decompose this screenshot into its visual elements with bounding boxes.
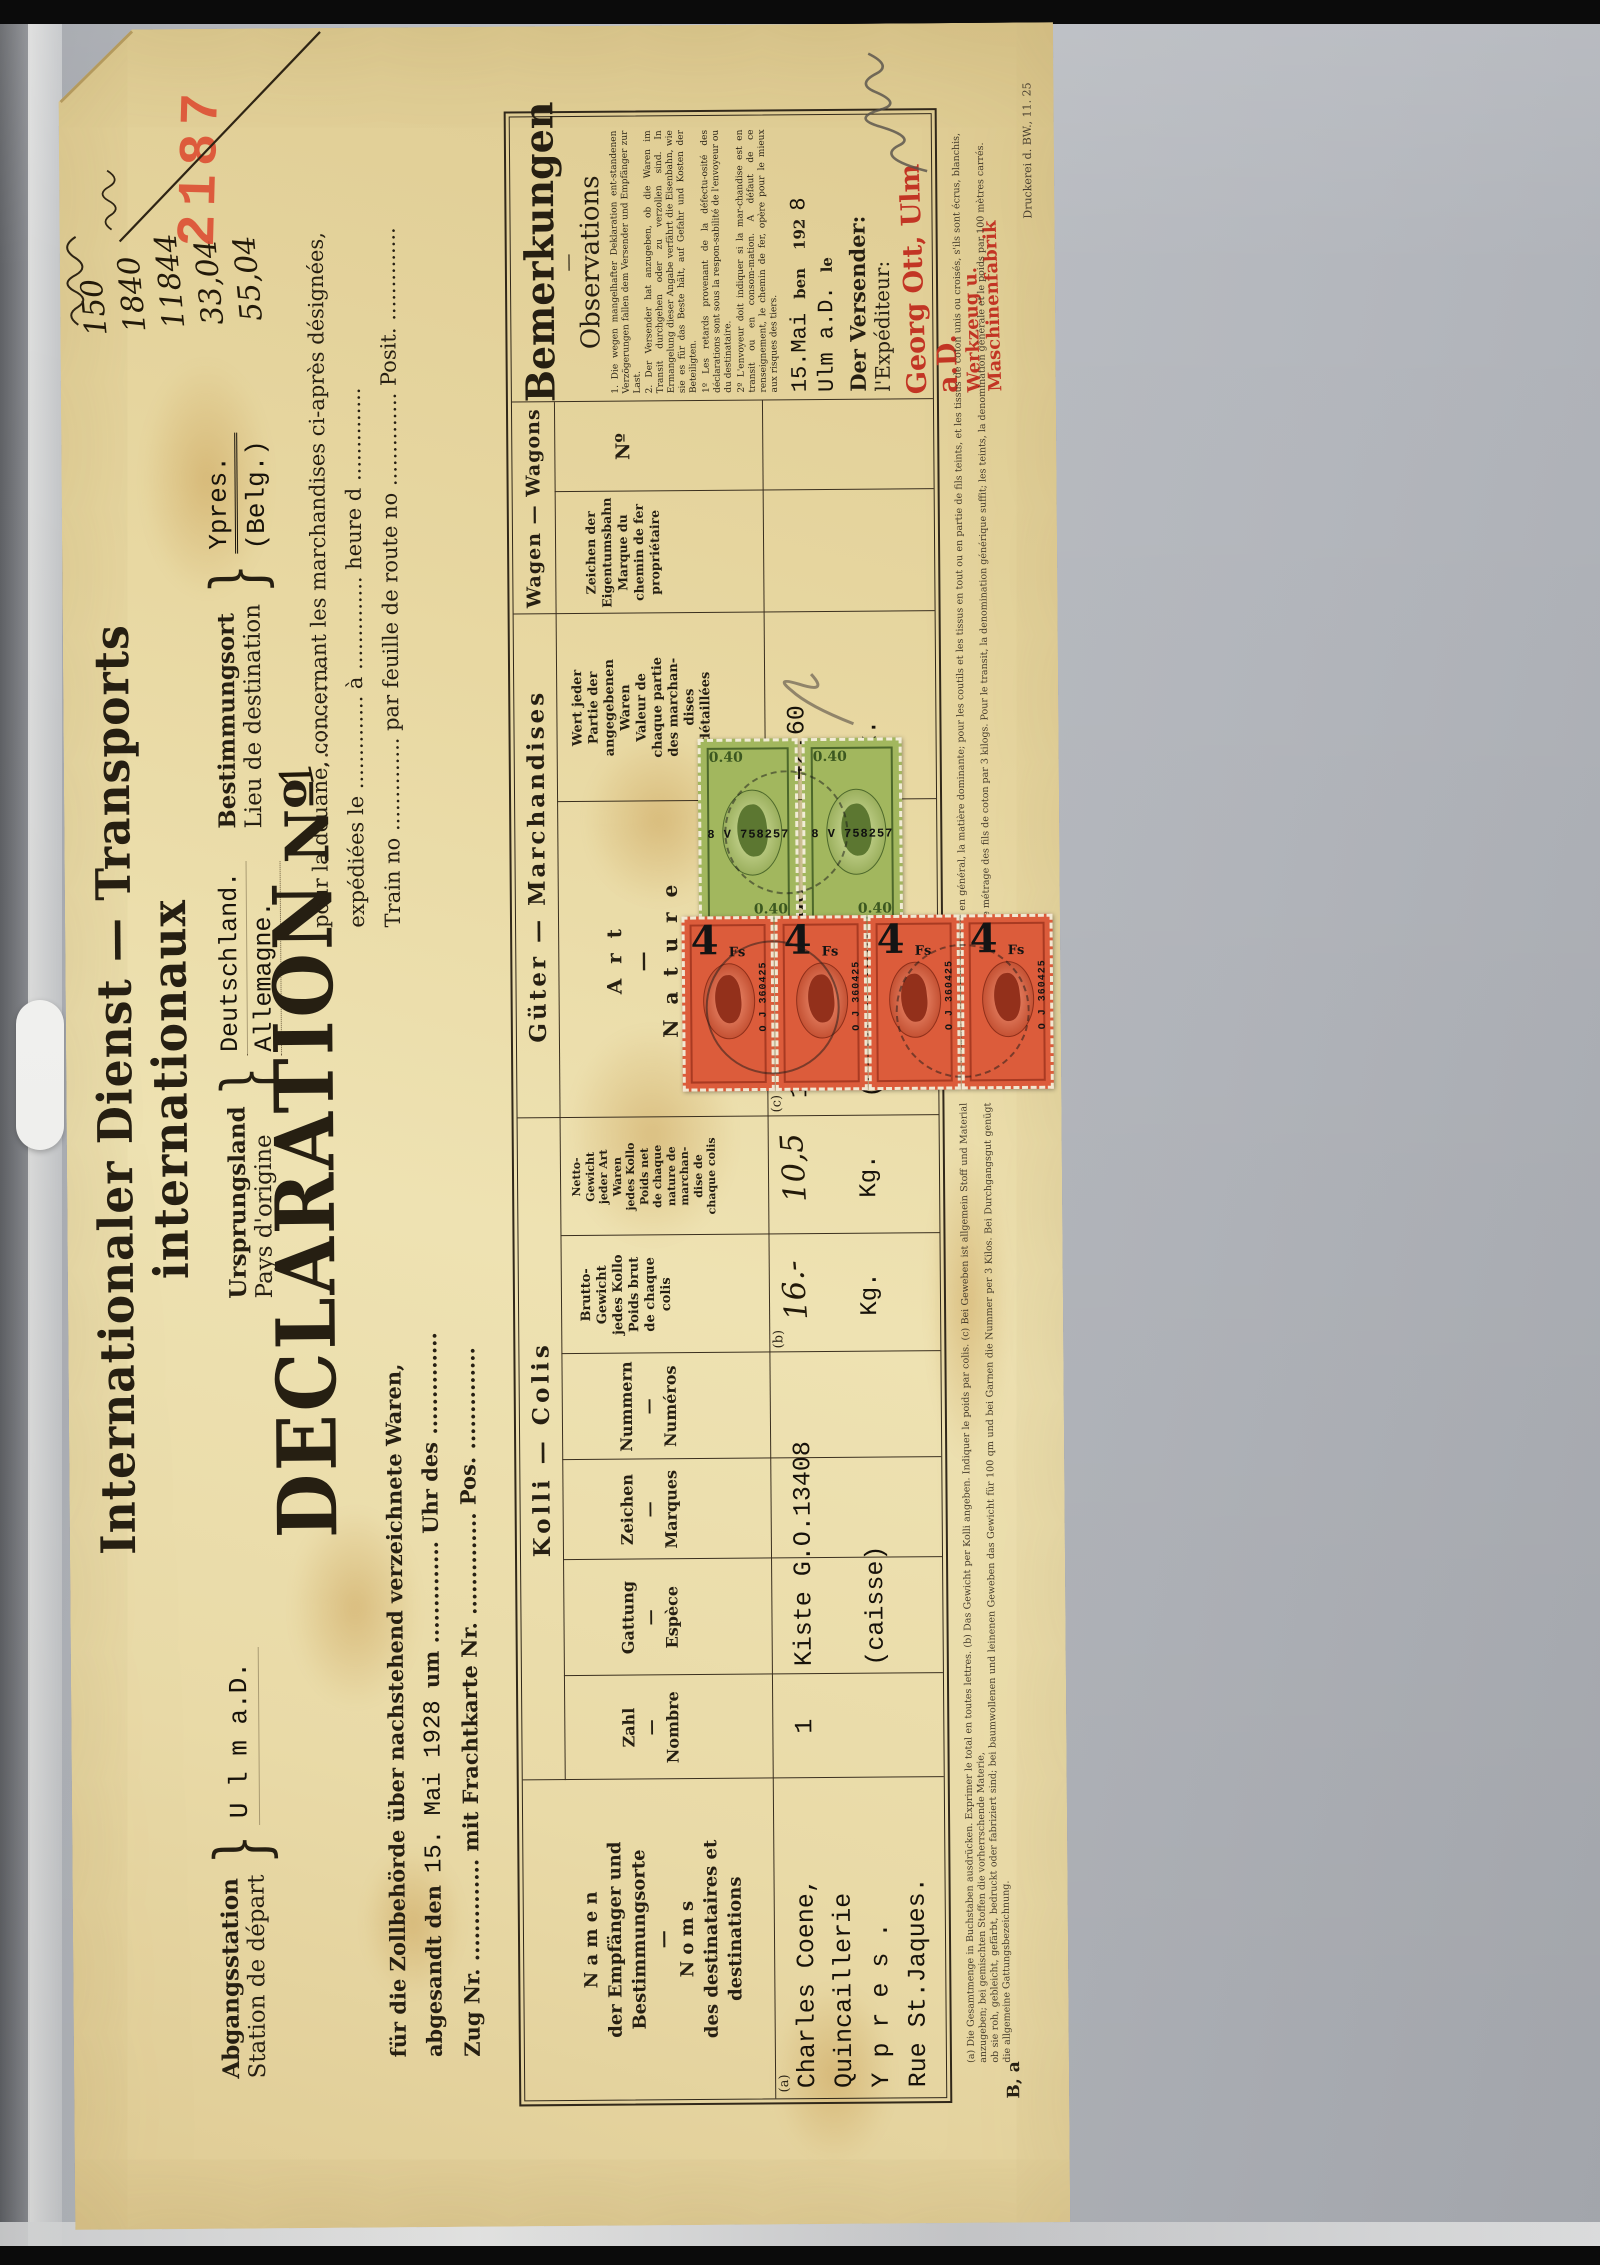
footnotes-left: (a) Die Gesamtmenge in Buchstaben ausdrü… (958, 1103, 1014, 2063)
column-header-namen: N a m e n der Empfänger und Bestimmungso… (579, 1779, 750, 2100)
stamp-overprint-currency: Fs (821, 945, 838, 960)
stamp-serial-overprint: O J 360425 (1037, 960, 1049, 1030)
postmark-circle (895, 943, 1030, 1078)
destination-label-de: Bestimmungsort (212, 604, 241, 829)
destination-value: Ypres. (203, 432, 238, 553)
postmark-circle (705, 940, 840, 1075)
destination-value-country: (Belg.) (237, 432, 272, 553)
net-weight-handwritten: 10,5 (774, 1132, 814, 1203)
column-header-no: Nº (612, 401, 635, 491)
package-kind-entry-fr: (caisse) (861, 1545, 891, 1665)
year-handtyped: 8 (786, 197, 811, 210)
consignee-entry: Charles Coene, Quincaillerie Y p r e s .… (788, 1877, 938, 2088)
net-weight-unit: Kg. (856, 1154, 883, 1197)
column-header-gattung: Gattung — Espèce (617, 1559, 684, 1676)
stamp-overprint-value: 4 (876, 920, 904, 960)
column-header-wert: Wert jeder Partie der angegebenen Waren … (570, 613, 715, 802)
year-printed: 192 (791, 219, 809, 250)
sleeve-binding-tab (16, 1000, 64, 1150)
date-place-line: 15.Mai ben 192 8 (780, 121, 813, 400)
den-label: ben (791, 268, 809, 299)
french-line-1: pour la douane, concernant les marchandi… (304, 232, 333, 928)
package-count-entry: 1 (790, 1674, 820, 1778)
le-label: le (818, 257, 836, 272)
stamp-value: 0.40 (709, 750, 743, 766)
gross-weight-unit: Kg. (857, 1272, 884, 1315)
package-kind-marks-entry: Kiste G.O.13408 (788, 1441, 819, 1666)
departure-station-block: Abgangsstation Station de départ } U l m… (213, 1648, 272, 2079)
declaration-document: 150 1840 11844 33,04 55,04 2187 Internat… (58, 22, 1070, 2230)
german-line-3: Zug Nr. .............. mit Frachtkarte N… (454, 1347, 485, 2057)
column-header-netto: Netto- Gewicht jeder Art Waren jedes Kol… (570, 1117, 719, 1236)
header-body-divider (762, 400, 776, 2098)
sender-label-de: Der Versender: (838, 121, 871, 400)
gross-weight-handwritten: 16.- (775, 1259, 816, 1321)
remarks-note-de-1: 1. Die wegen mangelhafter Deklaration en… (609, 122, 644, 401)
control-number-stamp: 2187 (169, 84, 234, 247)
postmark-circle (724, 770, 849, 895)
column-header-art: A r t — N a t u r e (599, 801, 685, 1118)
departure-label-de: Abgangsstation (216, 1875, 245, 2079)
photo-top-edge (0, 0, 1600, 24)
form-title: Internationaler Dienst — Transports inte… (83, 449, 203, 1730)
remarks-note-de-2: 2. Der Versender hat anzugeben, ob die W… (642, 122, 701, 401)
marker-b: (b) (771, 1330, 786, 1349)
date-typed: 15.Mai (787, 313, 813, 392)
remarks-note-fr-2: 2º L'envoyeur doit indiquer si la mar-ch… (734, 121, 782, 400)
french-line-3: Train no .............. par feuille de r… (376, 227, 405, 927)
column-header-zahl: Zahl — Nombre (618, 1675, 685, 1780)
remarks-header-de: Bemerkungen (515, 123, 564, 402)
group-header-gueter: Güter — Marchandises (522, 614, 553, 1118)
remarks-note-fr-1: 1º Les retards provenant de la défectu-o… (699, 122, 736, 401)
column-header-nummern: Nummern — Numéros (615, 1353, 682, 1460)
marker-c: (c) (769, 1095, 784, 1113)
goods-table-inner: Kolli — Colis Güter — Marchandises Wagen… (509, 113, 948, 2101)
place-line: Ulm a.D. le (811, 121, 840, 400)
remarks-header-fr: Observations (575, 123, 607, 402)
column-header-zeichen: Zeichen — Marques (616, 1459, 683, 1560)
group-header-wagen: Wagen — Wagons (522, 402, 546, 614)
sender-company-stamp: Georg Ott, Ulm a.D. Werkzeug u. Maschine… (889, 118, 1006, 401)
goods-table: Kolli — Colis Güter — Marchandises Wagen… (504, 108, 953, 2106)
declaration-word: DECLARATION (256, 879, 356, 1538)
printer-imprint: Druckerei d. BW., 11. 25 (1020, 82, 1034, 262)
group-header-kolli: Kolli — Colis (526, 1118, 558, 1780)
dispatch-date-typed: 15. Mai 1928 (420, 1700, 448, 1873)
sleeve-left-edge (0, 0, 30, 2265)
stamp-overprint-currency: Fs (1007, 943, 1024, 958)
stamp-overprint-value: 4 (690, 922, 718, 962)
departure-value: U l m a.D. (223, 1648, 259, 1824)
departure-label-fr: Station de départ (243, 1874, 271, 2078)
brace-glyph: } (200, 1834, 284, 1865)
brace-glyph: } (196, 563, 280, 594)
french-line-2: expédiées le .............. à ..........… (341, 388, 369, 928)
column-header-brutto: Brutto- Gewicht jedes Kollo Poids brut d… (578, 1235, 675, 1354)
column-header-wagen-mark: Zeichen der Eigentumsbahn Marque du chem… (583, 491, 664, 614)
german-line-2: abgesandt den 15. Mai 1928 um ..........… (416, 1332, 450, 2057)
sleeve-binding-strip (28, 0, 62, 2265)
form-series-mark: B, a (1004, 2061, 1024, 2098)
stamp-serial-overprint: O J 360425 (851, 961, 863, 1031)
remarks-cell: Bemerkungen — Observations 1. Die wegen … (510, 120, 933, 402)
stamp-value: 0.40 (813, 749, 847, 765)
german-line-2-suffix: um .............. Uhr des .............. (416, 1332, 444, 1688)
origin-label-de: Ursprungsland (223, 1106, 252, 1298)
place-typed: Ulm a.D. (814, 286, 840, 392)
photo-bottom-edge (0, 2246, 1600, 2265)
german-line-1: für die Zollbehörde über nachstehend ver… (380, 1364, 410, 2058)
origin-value-de: Deutschland. (215, 862, 249, 1056)
german-line-2-prefix: abgesandt den (421, 1885, 447, 2057)
